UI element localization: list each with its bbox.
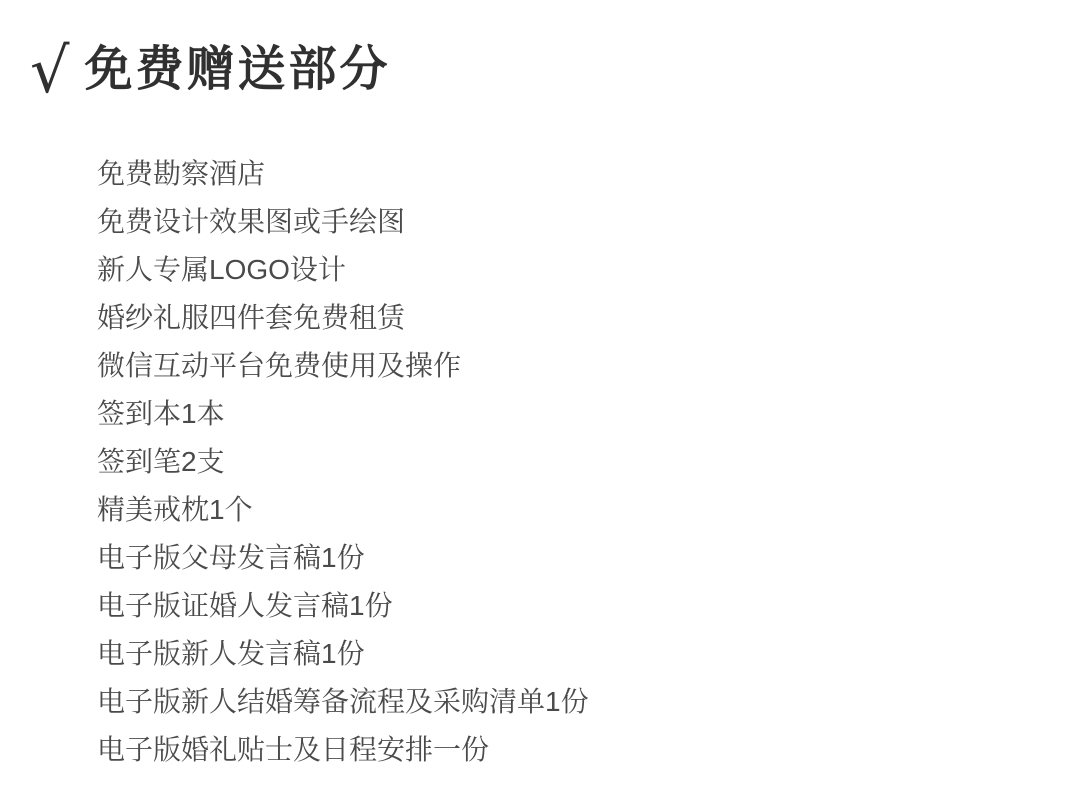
list-item: 电子版婚礼贴士及日程安排一份 (97, 726, 589, 774)
page-title: 免费赠送部分 (85, 38, 391, 102)
list-item: 精美戒枕1个 (97, 486, 589, 534)
list-item: 电子版证婚人发言稿1份 (97, 582, 589, 630)
list-item: 免费设计效果图或手绘图 (97, 198, 589, 246)
list-item: 电子版新人结婚筹备流程及采购清单1份 (97, 678, 589, 726)
section-header: √ 免费赠送部分 (30, 38, 391, 104)
list-item: 新人专属LOGO设计 (97, 246, 589, 294)
list-item: 免费勘察酒店 (97, 150, 589, 198)
gift-list: 免费勘察酒店 免费设计效果图或手绘图 新人专属LOGO设计 婚纱礼服四件套免费租… (97, 150, 589, 774)
page: { "page": { "colors": { "background": "#… (0, 0, 1080, 800)
list-item: 微信互动平台免费使用及操作 (97, 342, 589, 390)
checkmark-icon: √ (30, 38, 70, 104)
list-item: 电子版父母发言稿1份 (97, 534, 589, 582)
list-item: 电子版新人发言稿1份 (97, 630, 589, 678)
list-item: 婚纱礼服四件套免费租赁 (97, 294, 589, 342)
list-item: 签到本1本 (97, 390, 589, 438)
list-item: 签到笔2支 (97, 438, 589, 486)
